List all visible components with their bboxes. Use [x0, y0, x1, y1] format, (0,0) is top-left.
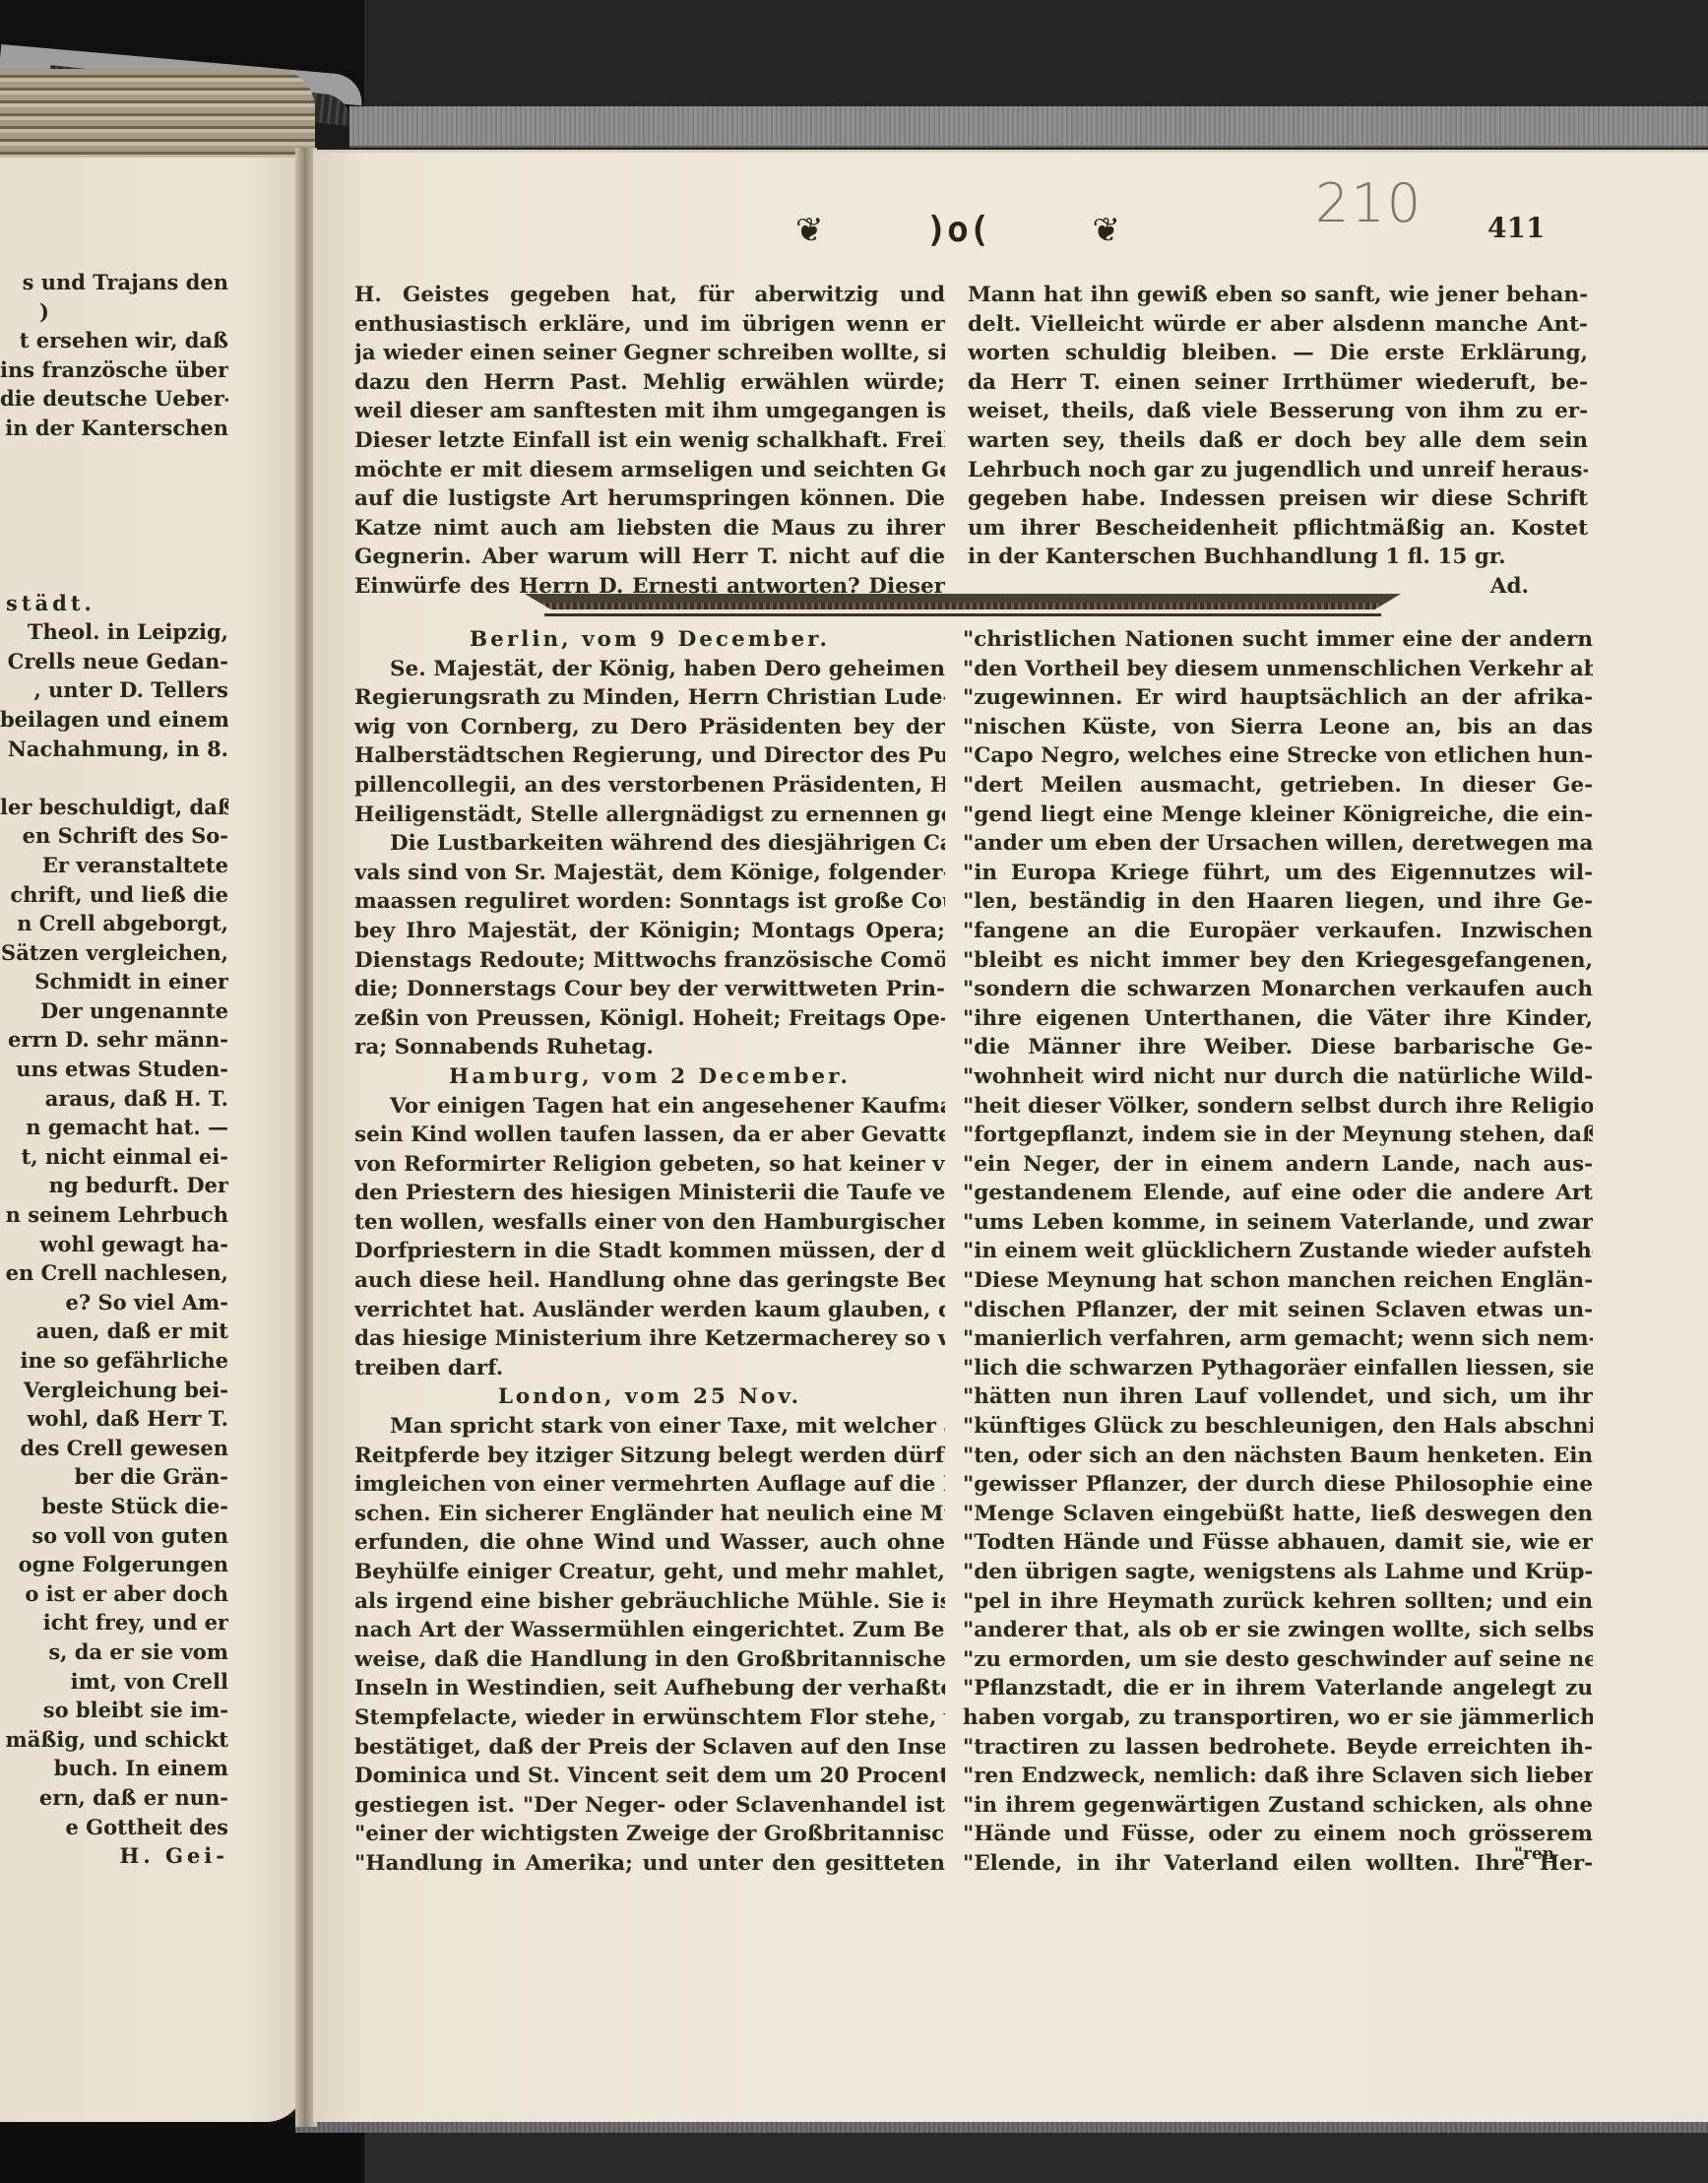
- text-line: dazu den Herrn Past. Mehlig erwählen wür…: [354, 368, 945, 398]
- text-line: n gemacht hat. —: [0, 1113, 228, 1142]
- text-line: "tractiren zu lassen bedrohete. Beyde er…: [963, 1733, 1593, 1763]
- handwritten-folio-number: 210: [1315, 172, 1423, 234]
- text-line: H. Geistes gegeben hat, für aberwitzig u…: [354, 281, 945, 310]
- text-line: "Elende, in ihr Vaterland eilen wollten.…: [963, 1849, 1593, 1879]
- text-line: in der Kanterschen Buchhandlung 1 fl. 15…: [968, 543, 1588, 572]
- text-line: "wohnheit wird nicht nur durch die natür…: [963, 1062, 1593, 1092]
- text-line: "manierlich verfahren, arm gemacht; wenn…: [963, 1324, 1593, 1354]
- text-line: von Reformirter Religion gebeten, so hat…: [354, 1150, 945, 1180]
- text-line: e Gottheit des: [0, 1813, 228, 1842]
- shell-ornament-icon: ❦: [795, 211, 824, 250]
- text-line: "ren Endzweck, nemlich: daß ihre Sclaven…: [963, 1762, 1593, 1791]
- text-line: Stempfelacte, wieder in erwünschtem Flor…: [354, 1703, 945, 1733]
- text-line: beste Stück die-: [0, 1492, 228, 1521]
- text-line: sein Kind wollen taufen lassen, da er ab…: [354, 1121, 945, 1150]
- text-line: beilagen und einem: [0, 705, 228, 735]
- text-line: ber die Grän-: [0, 1462, 228, 1492]
- text-line: "len, beständig in den Haaren liegen, un…: [963, 887, 1593, 917]
- text-line: enthusiastisch erkläre, und im übrigen w…: [354, 310, 945, 340]
- text-line: e? So viel Am-: [0, 1288, 228, 1317]
- text-line: auf die lustigste Art herumspringen könn…: [354, 484, 945, 514]
- text-line: wohl, daß Herr T.: [0, 1404, 228, 1434]
- scan-background: [364, 0, 1708, 113]
- text-line: gestiegen ist. "Der Neger- oder Sclavenh…: [354, 1791, 945, 1821]
- text-line: nach Art der Wassermühlen eingerichtet. …: [354, 1616, 945, 1645]
- text-line: "fortgepflanzt, indem sie in der Meynung…: [963, 1121, 1593, 1150]
- text-line: Vergleichung bei-: [0, 1376, 228, 1405]
- text-line: Heiligenstädt, Stelle allergnädigst zu e…: [354, 801, 945, 830]
- text-line: Lehrbuch noch gar zu jugendlich und unre…: [968, 456, 1588, 485]
- text-line: "dischen Pflanzer, der mit seinen Sclave…: [963, 1296, 1593, 1325]
- text-line: chrift, und ließ die: [0, 880, 228, 910]
- text-line: Man spricht stark von einer Taxe, mit we…: [354, 1412, 945, 1442]
- text-line: Reitpferde bey itziger Sitzung belegt we…: [354, 1442, 945, 1471]
- text-line: bey Ihro Majestät, der Königin; Montags …: [354, 917, 945, 946]
- text-line: Halberstädtschen Regierung, und Director…: [354, 741, 945, 771]
- text-line: "gend liegt eine Menge kleiner Königreic…: [963, 801, 1593, 830]
- text-line: "gestandenem Elende, auf eine oder die a…: [963, 1179, 1593, 1208]
- text-line: "in Europa Kriege führt, um des Eigennut…: [963, 859, 1593, 888]
- text-line: pillencollegii, an des verstorbenen Präs…: [354, 771, 945, 801]
- text-line: warten sey, theils daß er doch bey alle …: [968, 426, 1588, 456]
- column-left-top: H. Geistes gegeben hat, für aberwitzig u…: [354, 281, 945, 602]
- text-line: "künftiges Glück zu beschleunigen, den H…: [963, 1412, 1593, 1442]
- text-line: in der Kanterschen: [0, 414, 228, 443]
- text-line: auch diese heil. Handlung ohne das gerin…: [354, 1266, 945, 1296]
- text-line: Crells neue Gedan-: [0, 647, 228, 676]
- text-line: "ums Leben komme, in seinem Vaterlande, …: [963, 1208, 1593, 1238]
- text-line: "einer der wichtigsten Zweige der Großbr…: [354, 1820, 945, 1849]
- text-line: "Menge Sclaven eingebüßt hatte, ließ des…: [963, 1500, 1593, 1529]
- text-line: "Pflanzstadt, die er in ihrem Vaterlande…: [963, 1674, 1593, 1703]
- text-line: Theol. in Leipzig,: [0, 617, 228, 647]
- shell-ornament-icon: ❦: [1093, 211, 1121, 250]
- text-line: treiben darf.: [354, 1354, 945, 1383]
- text-line: H. Gei-: [0, 1841, 228, 1871]
- text-line: Katze nimt auch am liebsten die Maus zu …: [354, 514, 945, 544]
- header-ornament: ❦ )o( ❦: [795, 210, 1120, 250]
- section-heading-fragment: städt.: [0, 589, 228, 618]
- text-line: t, nicht einmal ei-: [0, 1142, 228, 1172]
- text-line: en Schrift des So-: [0, 821, 228, 851]
- catchword: "ren: [1514, 1844, 1554, 1864]
- text-line: Regierungsrath zu Minden, Herrn Christia…: [354, 683, 945, 713]
- text-line: "den übrigen sagte, wenigstens als Lahme…: [963, 1558, 1593, 1587]
- text-line: "ander um eben der Ursachen willen, dere…: [963, 829, 1593, 859]
- text-line: Sätzen vergleichen,: [0, 938, 228, 968]
- text-line: "pel in ihre Heymath zurück kehren sollt…: [963, 1587, 1593, 1617]
- bracket-ornament-icon: )o(: [925, 210, 989, 250]
- column-right-news: "christlichen Nationen sucht immer eine …: [963, 625, 1593, 1879]
- text-line: Vor einigen Tagen hat ein angesehener Ka…: [354, 1092, 945, 1122]
- text-line: haben vorgab, zu transportiren, wo er si…: [963, 1703, 1593, 1733]
- text-line: Nachahmung, in 8.: [0, 735, 228, 764]
- text-line: ng bedurft. Der: [0, 1171, 228, 1200]
- text-line: "Todten Hände und Füsse abhauen, damit s…: [963, 1528, 1593, 1558]
- text-line: mäßig, und schickt: [0, 1725, 228, 1755]
- text-line: "ein Neger, der in einem andern Lande, n…: [963, 1150, 1593, 1180]
- text-line: bestätiget, daß der Preis der Sclaven au…: [354, 1733, 945, 1763]
- text-line: wohl gewagt ha-: [0, 1230, 228, 1259]
- text-line: t ersehen wir, daß: [0, 326, 228, 355]
- text-line: ler beschuldigt, daß: [0, 793, 228, 822]
- text-line: die deutsche Ueber-: [0, 384, 228, 414]
- text-line: weise, daß die Handlung in den Großbrita…: [354, 1645, 945, 1675]
- text-line: "lich die schwarzen Pythagoräer einfalle…: [963, 1354, 1593, 1383]
- text-line: , unter D. Tellers: [0, 675, 228, 705]
- text-line: "nischen Küste, von Sierra Leone an, bis…: [963, 713, 1593, 742]
- text-line: verrichtet hat. Ausländer werden kaum gl…: [354, 1296, 945, 1325]
- text-line: schen. Ein sicherer Engländer hat neulic…: [354, 1500, 945, 1529]
- book-cover-edge-top: [349, 106, 1708, 148]
- text-line: maassen reguliret worden: Sonntags ist g…: [354, 887, 945, 917]
- section-divider-line: [544, 613, 1381, 616]
- text-line: buch. In einem: [0, 1754, 228, 1783]
- text-line: "sondern die schwarzen Monarchen verkauf…: [963, 975, 1593, 1004]
- column-left-news: Berlin, vom 9 December. Se. Majestät, de…: [354, 625, 945, 1879]
- left-page: s und Trajans den ) t ersehen wir, daß i…: [0, 158, 305, 2122]
- text-line: uns etwas Studen-: [0, 1055, 228, 1084]
- news-heading-london: London, vom 25 Nov.: [354, 1382, 945, 1412]
- text-line: Der ungenannte: [0, 996, 228, 1026]
- text-line: delt. Vielleicht würde er aber alsdenn m…: [968, 310, 1588, 340]
- text-line: so bleibt sie im-: [0, 1696, 228, 1725]
- text-line: ins französche über-: [0, 355, 228, 385]
- text-line: wig von Cornberg, zu Dero Präsidenten be…: [354, 713, 945, 742]
- text-line: "gewisser Pflanzer, der durch diese Phil…: [963, 1470, 1593, 1500]
- text-line: auen, daß er mit: [0, 1316, 228, 1346]
- section-divider-rule: [525, 594, 1401, 610]
- text-line: "in einem weit glücklichern Zustande wie…: [963, 1237, 1593, 1266]
- text-line: Gegnerin. Aber warum will Herr T. nicht …: [354, 543, 945, 572]
- text-line: "dert Meilen ausmacht, getrieben. In die…: [963, 771, 1593, 801]
- text-line: den Priestern des hiesigen Ministerii di…: [354, 1179, 945, 1208]
- text-line: "in ihrem gegenwärtigen Zustand schicken…: [963, 1791, 1593, 1821]
- text-line: Mann hat ihn gewiß eben so sanft, wie je…: [968, 281, 1588, 310]
- text-line: so voll von guten: [0, 1521, 228, 1551]
- text-line: ten wollen, wesfalls einer von den Hambu…: [354, 1208, 945, 1238]
- text-line: ern, daß er nun-: [0, 1783, 228, 1813]
- text-line: "zugewinnen. Er wird hauptsächlich an de…: [963, 683, 1593, 713]
- text-line: "Handlung in Amerika; und unter den gesi…: [354, 1849, 945, 1879]
- text-line: Se. Majestät, der König, haben Dero gehe…: [354, 655, 945, 684]
- news-heading-hamburg: Hamburg, vom 2 December.: [354, 1062, 945, 1092]
- text-line: "den Vortheil bey diesem unmenschlichen …: [963, 655, 1593, 684]
- text-line: icht frey, und er: [0, 1608, 228, 1637]
- text-line: araus, daß H. T.: [0, 1084, 228, 1114]
- text-line: o ist er aber doch: [0, 1579, 228, 1609]
- text-line: n seinem Lehrbuch: [0, 1200, 228, 1230]
- text-line: vals sind von Sr. Majestät, dem Könige, …: [354, 859, 945, 888]
- text-line: imt, von Crell: [0, 1667, 228, 1697]
- text-line: "Diese Meynung hat schon manchen reichen…: [963, 1266, 1593, 1296]
- text-line: en Crell nachlesen,: [0, 1258, 228, 1288]
- text-line: als irgend eine bisher gebräuchliche Müh…: [354, 1587, 945, 1617]
- text-line: "zu ermorden, um sie desto geschwinder a…: [963, 1645, 1593, 1675]
- right-page: 210 ❦ )o( ❦ 411 H. Geistes gegeben hat, …: [313, 150, 1708, 2122]
- text-line: [0, 763, 228, 793]
- text-line: "Capo Negro, welches eine Strecke von et…: [963, 741, 1593, 771]
- text-line: die; Donnerstags Cour bey der verwittwet…: [354, 975, 945, 1004]
- text-line: "christlichen Nationen sucht immer eine …: [963, 625, 1593, 655]
- text-line: errn D. sehr männ-: [0, 1025, 228, 1055]
- text-line: s und Trajans den: [0, 268, 228, 297]
- page-block-edge: [0, 69, 315, 162]
- text-line: "bleibt es nicht immer bey den Kriegesge…: [963, 946, 1593, 976]
- text-line: "anderer that, als ob er sie zwingen wol…: [963, 1616, 1593, 1645]
- text-line: Inseln in Westindien, seit Aufhebung der…: [354, 1674, 945, 1703]
- text-line: gegeben habe. Indessen preisen wir diese…: [968, 484, 1588, 514]
- text-line: Schmidt in einer: [0, 967, 228, 996]
- text-line: Dienstags Redoute; Mittwochs französisch…: [354, 946, 945, 976]
- text-line: ine so gefährliche: [0, 1346, 228, 1376]
- text-line: "Hände und Füsse, oder zu einem noch grö…: [963, 1820, 1593, 1849]
- text-line: Dieser letzte Einfall ist ein wenig scha…: [354, 426, 945, 456]
- text-line: um ihrer Bescheidenheit pflichtmäßig an.…: [968, 514, 1588, 544]
- column-right-top: Mann hat ihn gewiß eben so sanft, wie je…: [968, 281, 1588, 602]
- text-line: das hiesige Ministerium ihre Ketzermache…: [354, 1324, 945, 1354]
- text-line: ogne Folgerungen: [0, 1550, 228, 1579]
- text-line: s, da er sie vom: [0, 1637, 228, 1667]
- text-line: n Crell abgeborgt,: [0, 909, 228, 938]
- text-line: worten schuldig bleiben. — Die erste Erk…: [968, 339, 1588, 368]
- text-line: ): [0, 297, 228, 327]
- text-line: erfunden, die ohne Wind und Wasser, auch…: [354, 1528, 945, 1558]
- text-line: da Herr T. einen seiner Irrthümer wieder…: [968, 368, 1588, 398]
- text-line: "die Männer ihre Weiber. Diese barbarisc…: [963, 1033, 1593, 1062]
- text-line: zeßin von Preussen, Königl. Hoheit; Frei…: [354, 1004, 945, 1034]
- text-line: Er veranstaltete: [0, 851, 228, 880]
- text-line: "ihre eigenen Unterthanen, die Väter ihr…: [963, 1004, 1593, 1034]
- news-heading-berlin: Berlin, vom 9 December.: [354, 625, 945, 655]
- text-line: Dominica und St. Vincent seit dem um 20 …: [354, 1762, 945, 1791]
- text-line: "heit dieser Völker, sondern selbst durc…: [963, 1092, 1593, 1122]
- text-line: weil dieser am sanftesten mit ihm umgega…: [354, 397, 945, 426]
- text-line: "ten, oder sich an den nächsten Baum hen…: [963, 1442, 1593, 1471]
- text-line: möchte er mit diesem armseligen und seic…: [354, 456, 945, 485]
- text-line: ra; Sonnabends Ruhetag.: [354, 1033, 945, 1062]
- text-line: imgleichen von einer vermehrten Auflage …: [354, 1470, 945, 1500]
- text-line: des Crell gewesen: [0, 1434, 228, 1463]
- text-line: Beyhülfe einiger Creatur, geht, und mehr…: [354, 1558, 945, 1587]
- text-line: "fangene an die Europäer verkaufen. Inzw…: [963, 917, 1593, 946]
- text-line: Dorfpriestern in die Stadt kommen müssen…: [354, 1237, 945, 1266]
- text-line: "hätten nun ihren Lauf vollendet, und si…: [963, 1382, 1593, 1412]
- text-line: Die Lustbarkeiten während des diesjährig…: [354, 829, 945, 859]
- text-line: weiset, theils, daß viele Besserung von …: [968, 397, 1588, 426]
- page-number: 411: [1487, 212, 1545, 244]
- left-page-text: s und Trajans den ) t ersehen wir, daß i…: [0, 268, 228, 1871]
- text-line: ja wieder einen seiner Gegner schreiben …: [354, 339, 945, 368]
